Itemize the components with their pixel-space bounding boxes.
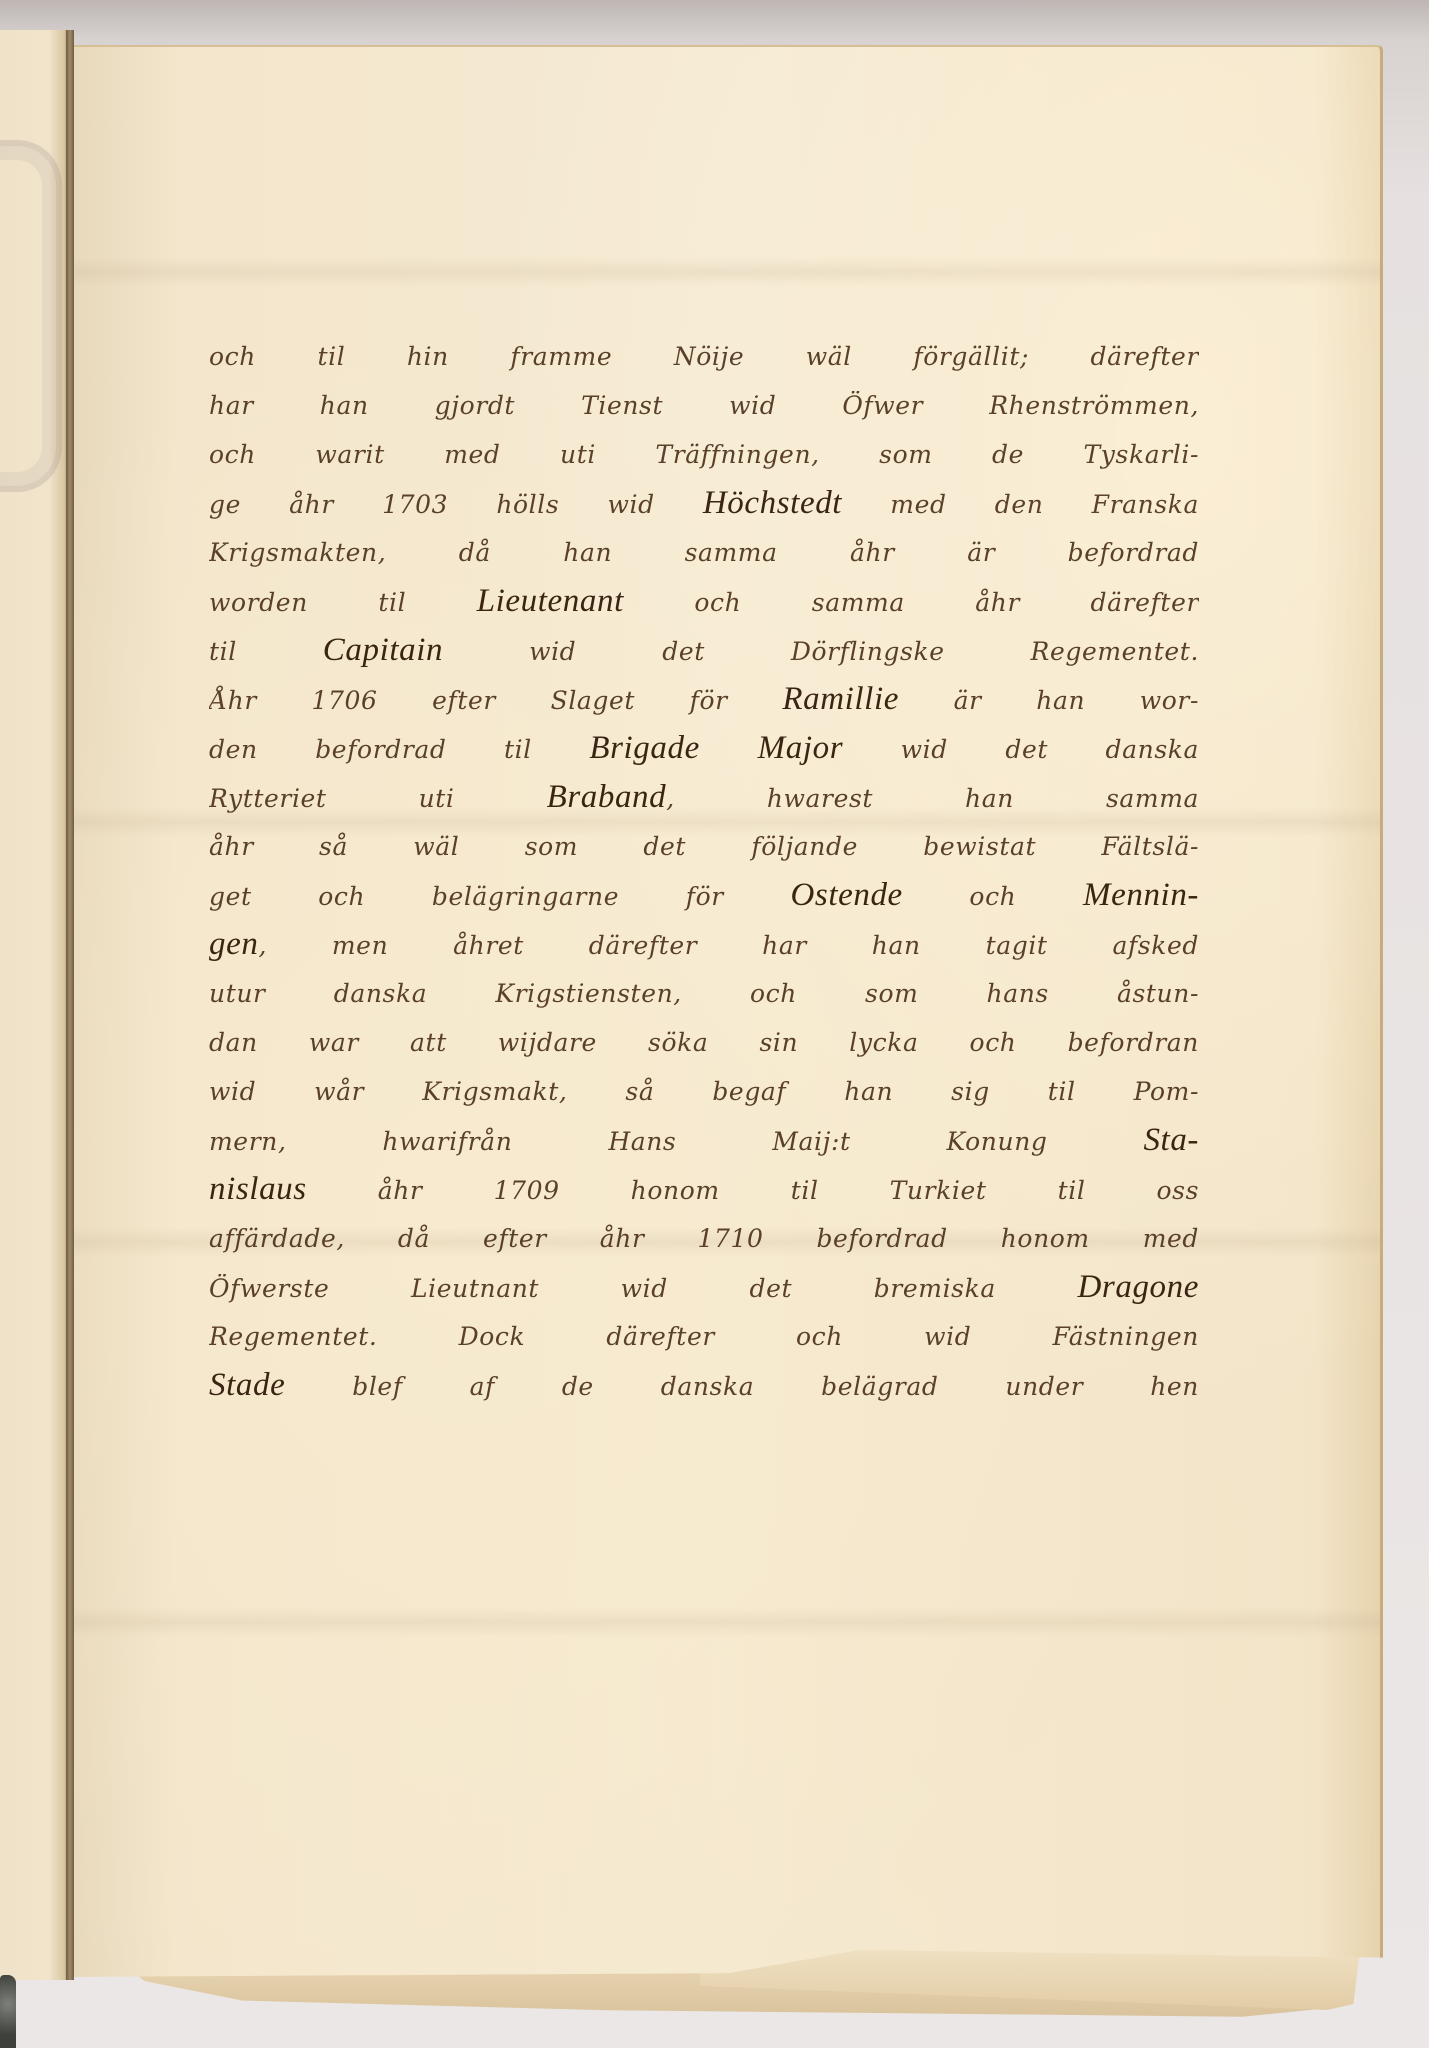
- place-name: Ostende: [790, 877, 902, 913]
- person-name: Sta-: [1143, 1122, 1199, 1158]
- manuscript-line: den befordrad til Brigade Major wid det …: [209, 724, 1199, 773]
- manuscript-text: och til hin framme Nöije wäl förgällit; …: [209, 332, 1199, 1410]
- manuscript-line: til Capitain wid det Dörflingske Regemen…: [209, 626, 1199, 675]
- manuscript-line: och warit med uti Träffningen, som de Ty…: [209, 430, 1199, 479]
- paper-crease: [74, 257, 1380, 287]
- place-name: Mennin-: [1083, 877, 1199, 913]
- manuscript-line: wid wår Krigsmakt, så begaf han sig til …: [209, 1067, 1199, 1116]
- manuscript-line: dan war att wijdare söka sin lycka och b…: [209, 1018, 1199, 1067]
- book-gutter: [66, 30, 74, 1980]
- manuscript-line: Åhr 1706 efter Slaget för Ramillie är ha…: [209, 675, 1199, 724]
- manuscript-page: och til hin framme Nöije wäl förgällit; …: [74, 45, 1383, 1977]
- place-name: Ramillie: [782, 681, 899, 717]
- manuscript-line: utur danska Krigstiensten, och som hans …: [209, 969, 1199, 1018]
- manuscript-line: nislaus åhr 1709 honom til Turkiet til o…: [209, 1165, 1199, 1214]
- manuscript-line: get och belägringarne för Ostende och Me…: [209, 871, 1199, 920]
- scan-scene: och til hin framme Nöije wäl förgällit; …: [0, 0, 1429, 2048]
- manuscript-line: åhr så wäl som det följande bewistat Fäl…: [209, 822, 1199, 871]
- manuscript-line: Rytteriet uti Braband, hwarest han samma: [209, 773, 1199, 822]
- manuscript-line: affärdade, då efter åhr 1710 befordrad h…: [209, 1214, 1199, 1263]
- left-page-edge: [0, 30, 70, 1980]
- manuscript-line: Krigsmakten, då han samma åhr är befordr…: [209, 528, 1199, 577]
- manuscript-line: ge åhr 1703 hölls wid Höchstedt med den …: [209, 479, 1199, 528]
- bleed-through-seal: [0, 140, 62, 492]
- regiment-name: Dragone: [1077, 1269, 1199, 1305]
- manuscript-line: och til hin framme Nöije wäl förgällit; …: [209, 332, 1199, 381]
- rank-name: Lieutenant: [477, 583, 624, 619]
- manuscript-line: gen, men åhret därefter har han tagit af…: [209, 920, 1199, 969]
- binding-clasp: [0, 1975, 16, 2048]
- manuscript-line: Öfwerste Lieutnant wid det bremiska Drag…: [209, 1263, 1199, 1312]
- place-name: Höchstedt: [703, 485, 842, 521]
- person-name: nislaus: [209, 1171, 307, 1207]
- manuscript-line: worden til Lieutenant och samma åhr däre…: [209, 577, 1199, 626]
- paper-crease: [74, 1607, 1380, 1637]
- manuscript-line: har han gjordt Tienst wid Öfwer Rhenströ…: [209, 381, 1199, 430]
- rank-name: Capitain: [323, 632, 443, 668]
- place-name: Braband: [547, 779, 667, 815]
- manuscript-line: Stade blef af de danska belägrad under h…: [209, 1361, 1199, 1410]
- rank-name: Brigade Major: [589, 730, 843, 766]
- place-name: gen: [209, 926, 258, 962]
- place-name: Stade: [209, 1367, 285, 1403]
- manuscript-line: Regementet. Dock därefter och wid Fästni…: [209, 1312, 1199, 1361]
- manuscript-line: mern, hwarifrån Hans Maij:t Konung Sta-: [209, 1116, 1199, 1165]
